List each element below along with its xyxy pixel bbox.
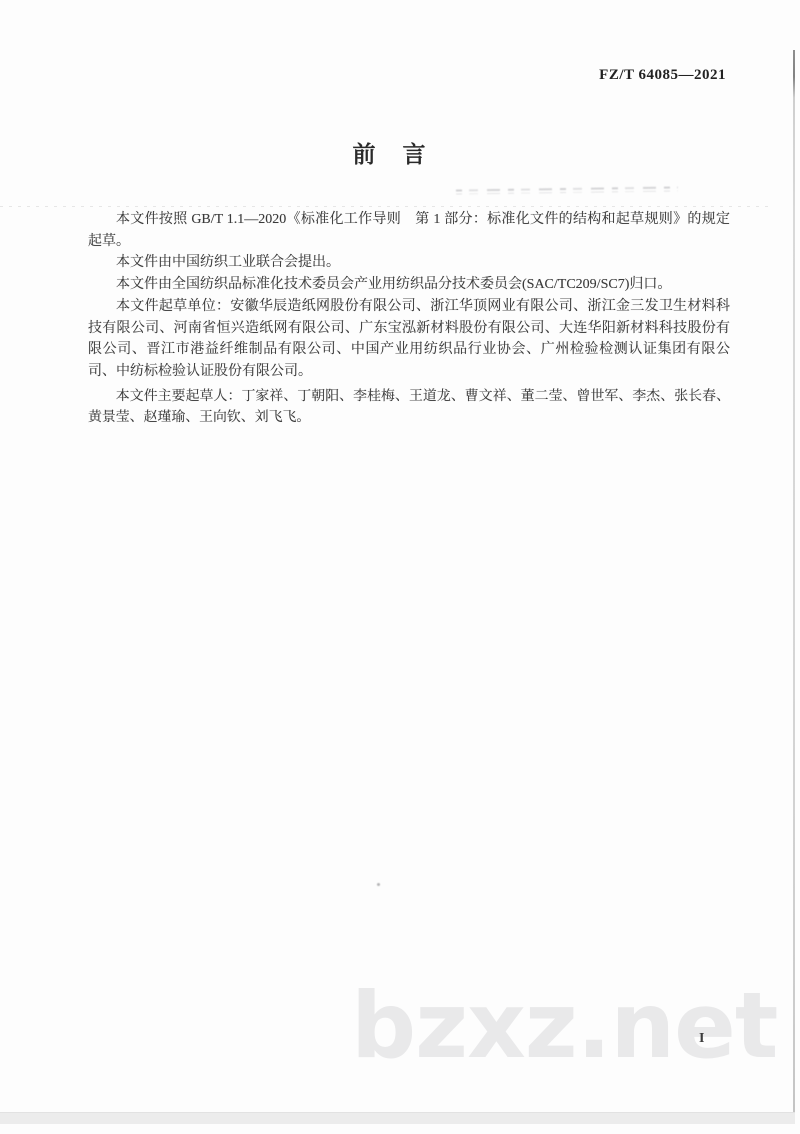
scan-speck [377,883,380,886]
scan-streak [0,206,770,207]
paragraph-drafting-rules: 本文件按照 GB/T 1.1—2020《标准化工作导则 第 1 部分：标准化文件… [88,209,730,252]
scanned-document-page: FZ/T 64085—2021 前 言 本文件按照 GB/T 1.1—2020《… [0,0,800,1134]
paragraph-main-drafters: 本文件主要起草人：丁家祥、丁朝阳、李桂梅、王道龙、曹文祥、董二莹、曾世军、李杰、… [88,386,730,429]
erased-text-smudge [456,184,678,197]
foreword-title: 前 言 [0,136,780,169]
page-number: I [699,1031,704,1047]
watermark-text: bzxz.net [351,981,777,1072]
scan-edge-line [793,50,795,1113]
paragraph-drafting-organizations: 本文件起草单位：安徽华辰造纸网股份有限公司、浙江华顶网业有限公司、浙江金三发卫生… [88,296,730,383]
paragraph-proposed-by: 本文件由中国纺织工业联合会提出。 [88,252,730,274]
standard-number: FZ/T 64085—2021 [599,67,726,84]
scan-bottom-edge [0,1112,795,1124]
foreword-body: 本文件按照 GB/T 1.1—2020《标准化工作导则 第 1 部分：标准化文件… [88,209,730,429]
paragraph-committee: 本文件由全国纺织品标准化技术委员会产业用纺织品分技术委员会(SAC/TC209/… [88,274,730,296]
